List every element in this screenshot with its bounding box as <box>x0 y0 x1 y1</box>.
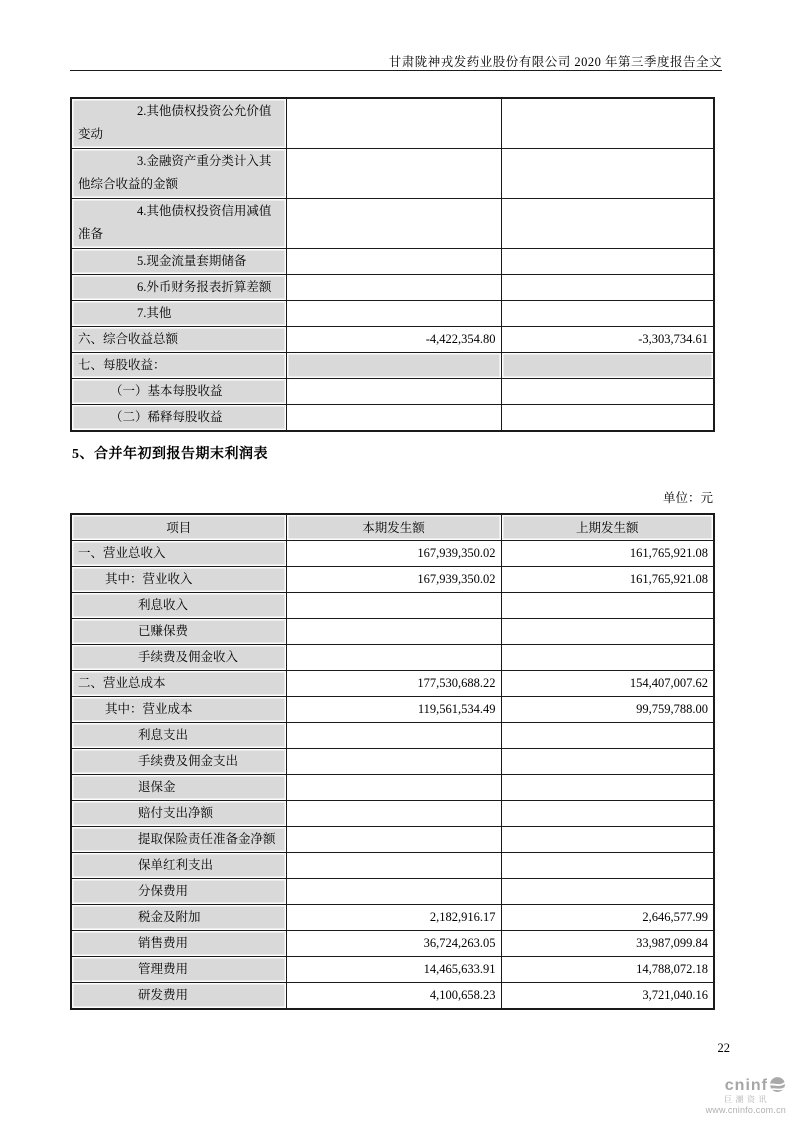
comprehensive-income-table: 2.其他债权投资公允价值变动3.金融资产重分类计入其他综合收益的金额4.其他债权… <box>70 97 715 432</box>
current-amount-cell <box>286 878 501 904</box>
current-amount-cell <box>286 98 501 148</box>
row-label-cell: 利息支出 <box>71 722 286 748</box>
table-row: 研发费用4,100,658.233,721,040.16 <box>71 982 714 1009</box>
current-amount-cell <box>286 592 501 618</box>
row-label-cell: 提取保险责任准备金净额 <box>71 826 286 852</box>
row-label-cell: 二、营业总成本 <box>71 670 286 696</box>
table-row: 6.外币财务报表折算差额 <box>71 274 714 300</box>
unit-label: 单位：元 <box>663 488 713 506</box>
current-amount-cell <box>286 852 501 878</box>
previous-amount-cell <box>501 98 714 148</box>
current-amount-cell <box>286 722 501 748</box>
table-row: 利息支出 <box>71 722 714 748</box>
current-amount-cell <box>286 618 501 644</box>
previous-amount-cell: 99,759,788.00 <box>501 696 714 722</box>
previous-amount-cell: 154,407,007.62 <box>501 670 714 696</box>
row-label-cell: 4.其他债权投资信用减值准备 <box>71 198 286 248</box>
previous-amount-cell <box>501 404 714 431</box>
row-label-cell: （二）稀释每股收益 <box>71 404 286 431</box>
previous-amount-cell: -3,303,734.61 <box>501 326 714 352</box>
swirl-globe-icon <box>769 1076 786 1093</box>
row-label-cell: 税金及附加 <box>71 904 286 930</box>
row-label-cell: 保单红利支出 <box>71 852 286 878</box>
row-label-cell: 7.其他 <box>71 300 286 326</box>
table-row: 提取保险责任准备金净额 <box>71 826 714 852</box>
current-amount-cell: 4,100,658.23 <box>286 982 501 1009</box>
current-amount-cell: -4,422,354.80 <box>286 326 501 352</box>
column-header-item: 项目 <box>71 514 286 540</box>
row-label-cell: 销售费用 <box>71 930 286 956</box>
table-header-row: 项目 本期发生额 上期发生额 <box>71 514 714 540</box>
previous-amount-cell <box>501 852 714 878</box>
column-header-prior-period: 上期发生额 <box>501 514 714 540</box>
page-number: 22 <box>718 1041 731 1056</box>
row-label-cell: 6.外币财务报表折算差额 <box>71 274 286 300</box>
logo-url: www.cninfo.com.cn <box>706 1106 786 1115</box>
row-label-cell: 利息收入 <box>71 592 286 618</box>
previous-amount-cell: 3,721,040.16 <box>501 982 714 1009</box>
table-row: 2.其他债权投资公允价值变动 <box>71 98 714 148</box>
previous-amount-cell <box>501 198 714 248</box>
row-label-cell: 已赚保费 <box>71 618 286 644</box>
previous-amount-cell <box>501 248 714 274</box>
table-row: 退保金 <box>71 774 714 800</box>
current-amount-cell <box>286 198 501 248</box>
row-label-cell: 5.现金流量套期储备 <box>71 248 286 274</box>
previous-amount-cell: 14,788,072.18 <box>501 956 714 982</box>
current-amount-cell <box>286 274 501 300</box>
row-label-cell: 其中：营业成本 <box>71 696 286 722</box>
current-amount-cell <box>286 378 501 404</box>
table-row: 其中：营业成本119,561,534.4999,759,788.00 <box>71 696 714 722</box>
current-amount-cell <box>286 644 501 670</box>
previous-amount-cell: 33,987,099.84 <box>501 930 714 956</box>
row-label-cell: 管理费用 <box>71 956 286 982</box>
row-label-cell: 赔付支出净额 <box>71 800 286 826</box>
table-row: 已赚保费 <box>71 618 714 644</box>
previous-amount-cell <box>501 378 714 404</box>
row-label-cell: （一）基本每股收益 <box>71 378 286 404</box>
row-label-cell: 其中：营业收入 <box>71 566 286 592</box>
table-row: 4.其他债权投资信用减值准备 <box>71 198 714 248</box>
section-heading: 5、合并年初到报告期末利润表 <box>72 443 268 463</box>
cninfo-logo: cninf 巨潮资讯 www.cninfo.com.cn <box>706 1076 786 1115</box>
current-amount-cell: 119,561,534.49 <box>286 696 501 722</box>
table-row: 税金及附加2,182,916.172,646,577.99 <box>71 904 714 930</box>
table-row: 赔付支出净额 <box>71 800 714 826</box>
current-amount-cell <box>286 800 501 826</box>
table-row: 利息收入 <box>71 592 714 618</box>
row-label-cell: 研发费用 <box>71 982 286 1009</box>
table-row: 六、综合收益总额-4,422,354.80-3,303,734.61 <box>71 326 714 352</box>
table-row: 手续费及佣金支出 <box>71 748 714 774</box>
previous-amount-cell <box>501 148 714 198</box>
previous-amount-cell: 161,765,921.08 <box>501 540 714 566</box>
table-row: 七、每股收益： <box>71 352 714 378</box>
page-header-title: 甘肃陇神戎发药业股份有限公司 2020 年第三季度报告全文 <box>389 52 722 70</box>
previous-amount-cell <box>501 618 714 644</box>
current-amount-cell <box>286 248 501 274</box>
previous-amount-cell <box>501 748 714 774</box>
row-label-cell: 手续费及佣金收入 <box>71 644 286 670</box>
table-row: 7.其他 <box>71 300 714 326</box>
previous-amount-cell: 2,646,577.99 <box>501 904 714 930</box>
current-amount-cell: 167,939,350.02 <box>286 566 501 592</box>
table-row: 3.金融资产重分类计入其他综合收益的金额 <box>71 148 714 198</box>
table-row: 分保费用 <box>71 878 714 904</box>
table-row: 管理费用14,465,633.9114,788,072.18 <box>71 956 714 982</box>
previous-amount-cell <box>501 878 714 904</box>
table-row: （一）基本每股收益 <box>71 378 714 404</box>
row-label-cell: 一、营业总收入 <box>71 540 286 566</box>
current-amount-cell <box>286 148 501 198</box>
previous-amount-cell <box>501 592 714 618</box>
header-divider <box>70 70 722 71</box>
row-label-cell: 手续费及佣金支出 <box>71 748 286 774</box>
current-amount-cell: 2,182,916.17 <box>286 904 501 930</box>
table-row: 销售费用36,724,263.0533,987,099.84 <box>71 930 714 956</box>
previous-amount-cell <box>501 722 714 748</box>
current-amount-cell <box>286 774 501 800</box>
income-statement-table: 项目 本期发生额 上期发生额 一、营业总收入167,939,350.02161,… <box>70 513 715 1010</box>
current-amount-cell <box>286 826 501 852</box>
table-row: 二、营业总成本177,530,688.22154,407,007.62 <box>71 670 714 696</box>
current-amount-cell: 14,465,633.91 <box>286 956 501 982</box>
current-amount-cell <box>286 352 501 378</box>
previous-amount-cell <box>501 300 714 326</box>
row-label-cell: 3.金融资产重分类计入其他综合收益的金额 <box>71 148 286 198</box>
current-amount-cell: 36,724,263.05 <box>286 930 501 956</box>
previous-amount-cell <box>501 826 714 852</box>
row-label-cell: 分保费用 <box>71 878 286 904</box>
table-row: 保单红利支出 <box>71 852 714 878</box>
previous-amount-cell <box>501 352 714 378</box>
previous-amount-cell <box>501 644 714 670</box>
table-row: 5.现金流量套期储备 <box>71 248 714 274</box>
column-header-current-period: 本期发生额 <box>286 514 501 540</box>
current-amount-cell <box>286 404 501 431</box>
current-amount-cell: 167,939,350.02 <box>286 540 501 566</box>
current-amount-cell <box>286 300 501 326</box>
table-row: 一、营业总收入167,939,350.02161,765,921.08 <box>71 540 714 566</box>
previous-amount-cell <box>501 800 714 826</box>
current-amount-cell: 177,530,688.22 <box>286 670 501 696</box>
report-page: 甘肃陇神戎发药业股份有限公司 2020 年第三季度报告全文 2.其他债权投资公允… <box>0 0 793 1122</box>
logo-wordmark-row: cninf <box>706 1076 786 1094</box>
previous-amount-cell <box>501 274 714 300</box>
table-row: （二）稀释每股收益 <box>71 404 714 431</box>
logo-chinese-name: 巨潮资讯 <box>706 1096 770 1104</box>
row-label-cell: 2.其他债权投资公允价值变动 <box>71 98 286 148</box>
current-amount-cell <box>286 748 501 774</box>
row-label-cell: 六、综合收益总额 <box>71 326 286 352</box>
row-label-cell: 退保金 <box>71 774 286 800</box>
previous-amount-cell: 161,765,921.08 <box>501 566 714 592</box>
logo-brand-text: cninf <box>725 1078 768 1094</box>
row-label-cell: 七、每股收益： <box>71 352 286 378</box>
previous-amount-cell <box>501 774 714 800</box>
table-row: 手续费及佣金收入 <box>71 644 714 670</box>
table-row: 其中：营业收入167,939,350.02161,765,921.08 <box>71 566 714 592</box>
